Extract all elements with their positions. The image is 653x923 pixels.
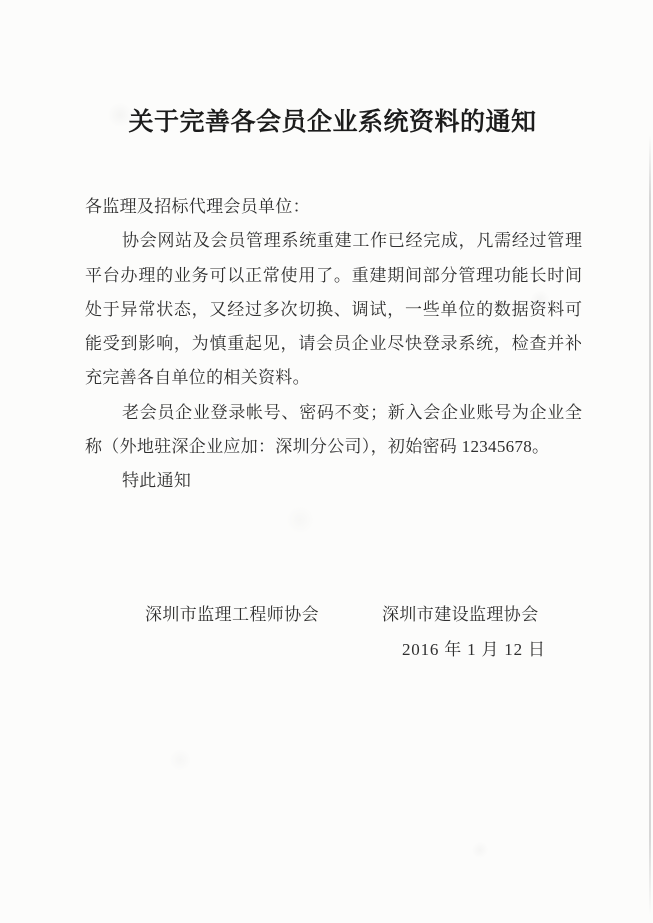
paragraph-1-line-3: 处于异常状态，又经过多次切换、调试，一些单位的数据资料可 xyxy=(85,293,582,327)
notice-title: 关于完善各会员企业系统资料的通知 xyxy=(0,104,653,142)
date-line: 2016 年 1 月 12 日 xyxy=(402,633,546,667)
paragraph-1-line-5: 充完善各自单位的相关资料。 xyxy=(85,361,582,395)
scanned-notice-page: 关于完善各会员企业系统资料的通知 各监理及招标代理会员单位： 协会网站及会员管理… xyxy=(0,0,653,923)
paragraph-1-line-4: 能受到影响，为慎重起见，请会员企业尽快登录系统，检查并补 xyxy=(85,327,582,361)
paragraph-1-line-2: 平台办理的业务可以正常使用了。重建期间部分管理功能长时间 xyxy=(85,259,582,293)
paragraph-2-line-1: 老会员企业登录帐号、密码不变；新入会企业账号为企业全 xyxy=(85,396,582,430)
scan-edge-line xyxy=(649,135,651,915)
paragraph-1-line-1: 协会网站及会员管理系统重建工作已经完成，凡需经过管理 xyxy=(85,224,582,258)
signature-org-1: 深圳市监理工程师协会 xyxy=(145,598,319,632)
closing-line: 特此通知 xyxy=(85,464,582,498)
signature-org-2: 深圳市建设监理协会 xyxy=(382,598,539,632)
paragraph-2-line-2: 称（外地驻深企业应加：深圳分公司），初始密码 12345678。 xyxy=(85,430,582,464)
salutation-line: 各监理及招标代理会员单位： xyxy=(85,190,582,224)
signature-row: 深圳市监理工程师协会 深圳市建设监理协会 xyxy=(0,598,653,632)
notice-body: 各监理及招标代理会员单位： 协会网站及会员管理系统重建工作已经完成，凡需经过管理… xyxy=(85,190,582,499)
